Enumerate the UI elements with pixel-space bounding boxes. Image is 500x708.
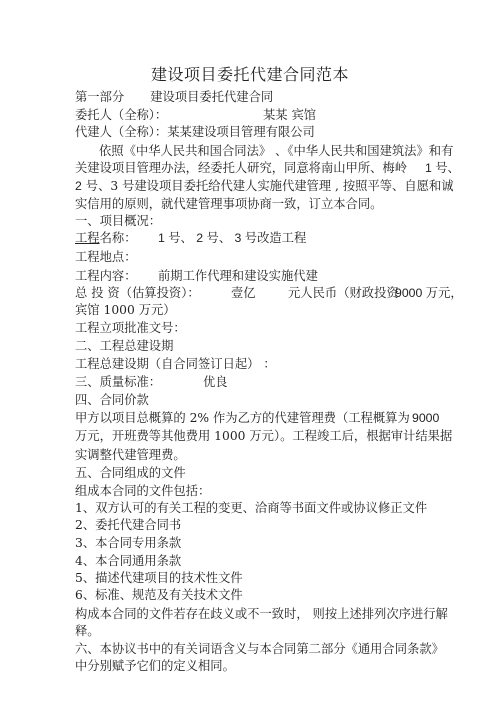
approval-line: 工程立项批准文号： [75, 320, 186, 336]
project-content-value: 前期工作代理和建设实施代建 [158, 268, 318, 284]
principal-line: 委托人（全称）：某某 宾馆 [75, 107, 167, 123]
intro-line-3: 2 号、3 号建设项目委托给代建人实施代建管理 , 按照平等、自愿和诚 [75, 178, 454, 194]
part1-label: 第一部分 [75, 90, 124, 104]
project-location-line: 工程地点： [75, 249, 137, 265]
price-line-3: 实调整代建管理费。 [75, 447, 186, 463]
section5-item-4: 4、本合同通用条款 [75, 553, 181, 569]
intro-number: 1 号、 [425, 160, 460, 176]
section3-value: 优良 [203, 374, 228, 390]
document-page: 建设项目委托代建合同范本 第一部分建设项目委托代建合同 委托人（全称）：某某 宾… [0, 0, 500, 708]
project-name-line: 工程名称：1 号、 2 号、 3 号改造工程 [75, 230, 137, 246]
project-content-label: 工程内容： [75, 269, 137, 283]
construction-period-line: 工程总建设期（自合同签订日起） ： [75, 356, 276, 372]
price-line-1: 甲方以项目总概算的 2% 作为乙方的代建管理费（工程概算为9000 [75, 410, 410, 426]
price-amount: 9000 [412, 410, 439, 426]
section5-conflict-2: 释。 [75, 623, 100, 639]
agent-line: 代建人（全称）：某某建设项目管理有限公司 [75, 124, 315, 140]
project-content-line: 工程内容：前期工作代理和建设实施代建 [75, 268, 137, 284]
investment-fiscal: 9000 万元， [395, 285, 463, 301]
section5-conflict-1: 构成本合同的文件若存在歧义或不一致时， 则按上述排列次序进行解 [75, 606, 448, 622]
project-name-label-underlined: 工程 [75, 231, 100, 245]
section5-item-1: 1、双方认可的有关工程的变更、洽商等书面文件或协议修正文件 [75, 500, 427, 516]
intro-number-2: 2 [75, 179, 82, 193]
intro-line-1: 依照《中华人民共和国合同法》 、《中华人民共和国建筑法》和有 [99, 143, 453, 159]
section6-line-1: 六、本协议书中的有关词语含义与本合同第二部分《通用合同条款》 [75, 641, 444, 657]
section5-heading: 五、合同组成的文件 [75, 465, 186, 481]
section5-item-2: 2、委托代建合同书 [75, 517, 181, 533]
investment-line-2: 宾馆 1000 万元） [75, 302, 176, 318]
part1-line: 第一部分建设项目委托代建合同 [75, 89, 273, 105]
section5-intro: 组成本合同的文件包括： [75, 483, 210, 499]
section2-heading: 二、工程总建设期 [75, 338, 173, 354]
intro-line-4: 实信用的原则，就代建管理事项协商一致，订立本合同。 [75, 196, 382, 212]
part1-title: 建设项目委托代建合同 [150, 90, 273, 104]
section5-item-3: 3、本合同专用条款 [75, 535, 181, 551]
project-name-label: 名称： [100, 231, 137, 245]
section4-heading: 四、合同价款 [75, 392, 149, 408]
document-title: 建设项目委托代建合同范本 [0, 62, 500, 85]
price-text-1: 甲方以项目总概算的 2% 作为乙方的代建管理费（工程概算为 [75, 411, 410, 425]
intro-text: 关建设项目管理办法，经委托人研究，同意将南山甲所、梅岭 [75, 161, 407, 175]
principal-label: 委托人（全称）： [75, 108, 167, 122]
price-line-2: 万元，开班费等其他费用 1000 万元）。工程竣工后，根据审计结果据 [75, 428, 452, 444]
section3-label: 三、质量标准： [75, 375, 161, 389]
section6-line-2: 中分别赋予它们的定义相同。 [75, 658, 235, 674]
section5-item-5: 5、描述代建项目的技术性文件 [75, 570, 243, 586]
investment-amount: 壹亿 [231, 285, 256, 301]
intro-text-3: 号、3 号建设项目委托给代建人实施代建管理 , 按照平等、自愿和诚 [86, 179, 454, 193]
section1-heading: 一、项目概况： [75, 213, 161, 229]
investment-label: 总 投 资（估算投资）： [75, 286, 200, 300]
project-name-value: 1 号、 2 号、 3 号改造工程 [158, 230, 306, 246]
agent-value: 某某建设项目管理有限公司 [167, 125, 315, 139]
investment-currency: 元人民币（财政投资 [288, 285, 399, 301]
investment-line: 总 投 资（估算投资）：壹亿元人民币（财政投资9000 万元， [75, 285, 200, 301]
section3-line: 三、质量标准：优良 [75, 374, 161, 390]
intro-line-2: 关建设项目管理办法，经委托人研究，同意将南山甲所、梅岭1 号、 [75, 160, 407, 176]
principal-value: 某某 宾馆 [263, 107, 316, 123]
section5-item-6: 6、标准、规范及有关技术文件 [75, 587, 243, 603]
agent-label: 代建人（全称）： [75, 125, 167, 139]
